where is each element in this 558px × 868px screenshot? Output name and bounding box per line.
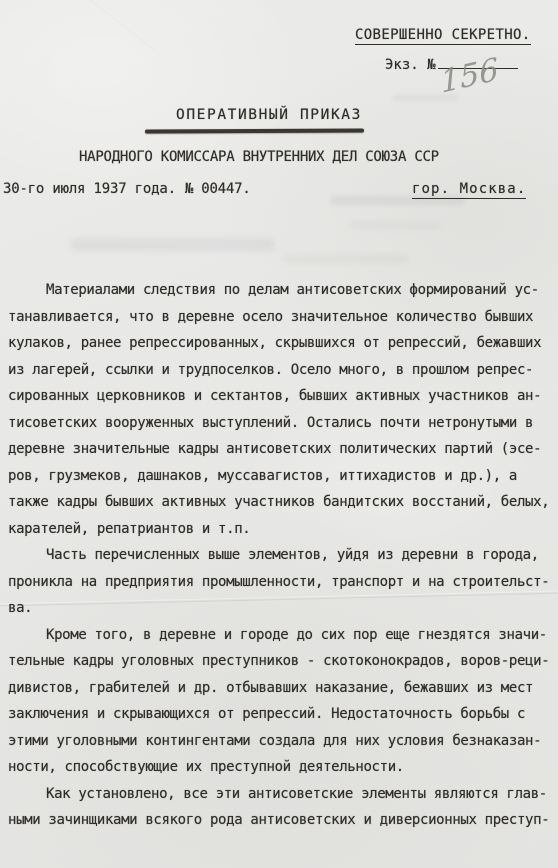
- body-line: Кроме того, в деревне и городе до сих по…: [8, 622, 554, 649]
- order-issuer: НАРОДНОГО КОМИССАРА ВНУТРЕННИХ ДЕЛ СОЮЗА…: [79, 149, 439, 165]
- body-line: Часть перечисленных выше элементов, уйдя…: [8, 542, 554, 569]
- body-line: ров, грузмеков, дашнаков, муссавагистов,…: [8, 463, 554, 490]
- body-line: дивистов, грабителей и др. отбывавших на…: [8, 675, 554, 702]
- paper-crease-corner: [0, 0, 157, 52]
- bleed-through-smudge: [350, 222, 440, 229]
- body-line: ными зачинщиками всякого рода антисоветс…: [8, 807, 554, 834]
- order-place: гор. Москва.: [412, 181, 526, 199]
- order-date: 30-го июля 1937 года.: [3, 181, 176, 197]
- body-line: Материалами следствия по делам антисовет…: [8, 277, 554, 304]
- body-line: Как установлено, все эти антисоветские э…: [8, 781, 554, 808]
- body-line: из лагерей, ссылки и трудпоселков. Осело…: [8, 357, 554, 384]
- bleed-through-smudge: [70, 238, 275, 251]
- body-line: карателей, репатриантов и т.п.: [8, 516, 554, 543]
- order-title: ОПЕРАТИВНЫЙ ПРИКАЗ: [176, 107, 362, 123]
- body-line: танавливается, что в деревне осело значи…: [8, 304, 554, 331]
- order-title-underline: [145, 129, 364, 133]
- body-line: ности, способствующие их преступной деят…: [8, 754, 554, 781]
- body-line: сированных церковников и сектантов, бывш…: [8, 383, 554, 410]
- classification-stamp: СОВЕРШЕННО СЕКРЕТНО.: [355, 27, 531, 45]
- copy-number-label: Экз. №: [385, 57, 436, 73]
- body-line: заключения и скрывающихся от репрессий. …: [8, 701, 554, 728]
- body-line: деревне значительные кадры антисоветских…: [8, 436, 554, 463]
- order-number: № 00447.: [185, 181, 251, 197]
- document-body: Материалами следствия по делам антисовет…: [8, 277, 554, 834]
- body-line: тельные кадры уголовных преступников - с…: [8, 648, 554, 675]
- body-line: кулаков, ранее репрессированных, скрывши…: [8, 330, 554, 357]
- body-line: ва.: [8, 595, 554, 622]
- document-page: СОВЕРШЕННО СЕКРЕТНО. Экз. № 156 ОПЕРАТИВ…: [0, 0, 558, 868]
- body-line: этими уголовными контингентами создала д…: [8, 728, 554, 755]
- bleed-through-smudge: [283, 255, 408, 263]
- body-line: тисоветских вооруженных выступлений. Ост…: [8, 410, 554, 437]
- body-line: также кадры бывших активных участников б…: [8, 489, 554, 516]
- body-line: проникла на предприятия промышленности, …: [8, 569, 554, 596]
- date-row: 30-го июля 1937 года.№ 00447. гор. Москв…: [3, 181, 558, 197]
